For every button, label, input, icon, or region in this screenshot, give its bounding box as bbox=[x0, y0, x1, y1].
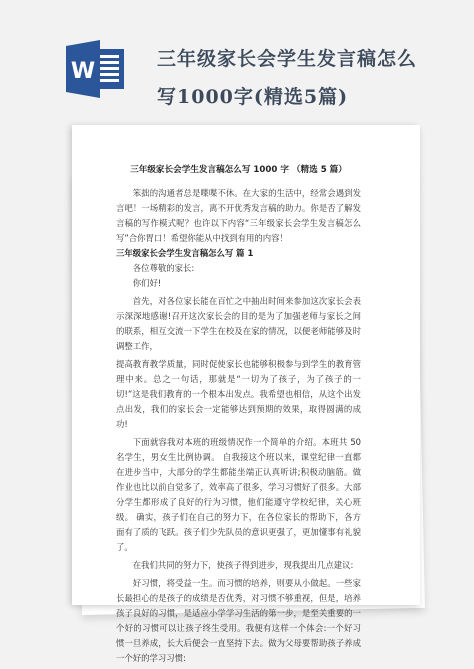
word-document-icon: W bbox=[64, 40, 126, 98]
body-paragraph: 好习惯，将受益一生。而习惯的培养，则要从小做起。一些家长最担心的是孩子的成绩是否… bbox=[116, 576, 361, 666]
document-title: 三年级家长会学生发言稿怎么写 1000 字 （精选 5 篇） bbox=[116, 163, 361, 178]
body-paragraph: 提高教育教学质量，同时促使家长也能够积极参与到学生的教育管理中来。总之一句话，那… bbox=[116, 357, 361, 432]
body-paragraph: 在我们共同的努力下，使孩子得到进步，现我提出几点建议: bbox=[116, 558, 361, 573]
title-line-1: 三年级家长会学生发言稿怎么 bbox=[157, 40, 457, 78]
greeting: 你们好! bbox=[116, 276, 361, 291]
body-paragraph: 首先，对各位家长能在百忙之中抽出时间来参加这次家长会表示深深地感谢!召开这次家长… bbox=[116, 294, 361, 354]
document-page: 三年级家长会学生发言稿怎么写 1000 字 （精选 5 篇） 笨拙的沟通者总是喋… bbox=[72, 125, 420, 605]
header: W 三年级家长会学生发言稿怎么 写1000字(精选5篇) bbox=[0, 0, 474, 125]
svg-text:W: W bbox=[71, 59, 95, 84]
title-line-2: 写1000字(精选5篇) bbox=[157, 78, 457, 116]
section-title: 三年级家长会学生发言稿怎么写 篇 1 bbox=[116, 246, 361, 261]
body-paragraph: 下面就容我对本班的班级情况作一个简单的介绍。本班共 50 名学生，男女生比例协调… bbox=[116, 435, 361, 555]
document-content: 三年级家长会学生发言稿怎么写 1000 字 （精选 5 篇） 笨拙的沟通者总是喋… bbox=[116, 163, 361, 666]
salutation: 各位尊敬的家长: bbox=[116, 261, 361, 276]
intro-paragraph: 笨拙的沟通者总是喋喋不休。在大家的生活中，经常会遇到发言吧！一场精彩的发言，离不… bbox=[116, 186, 361, 246]
page-title: 三年级家长会学生发言稿怎么 写1000字(精选5篇) bbox=[157, 40, 457, 116]
